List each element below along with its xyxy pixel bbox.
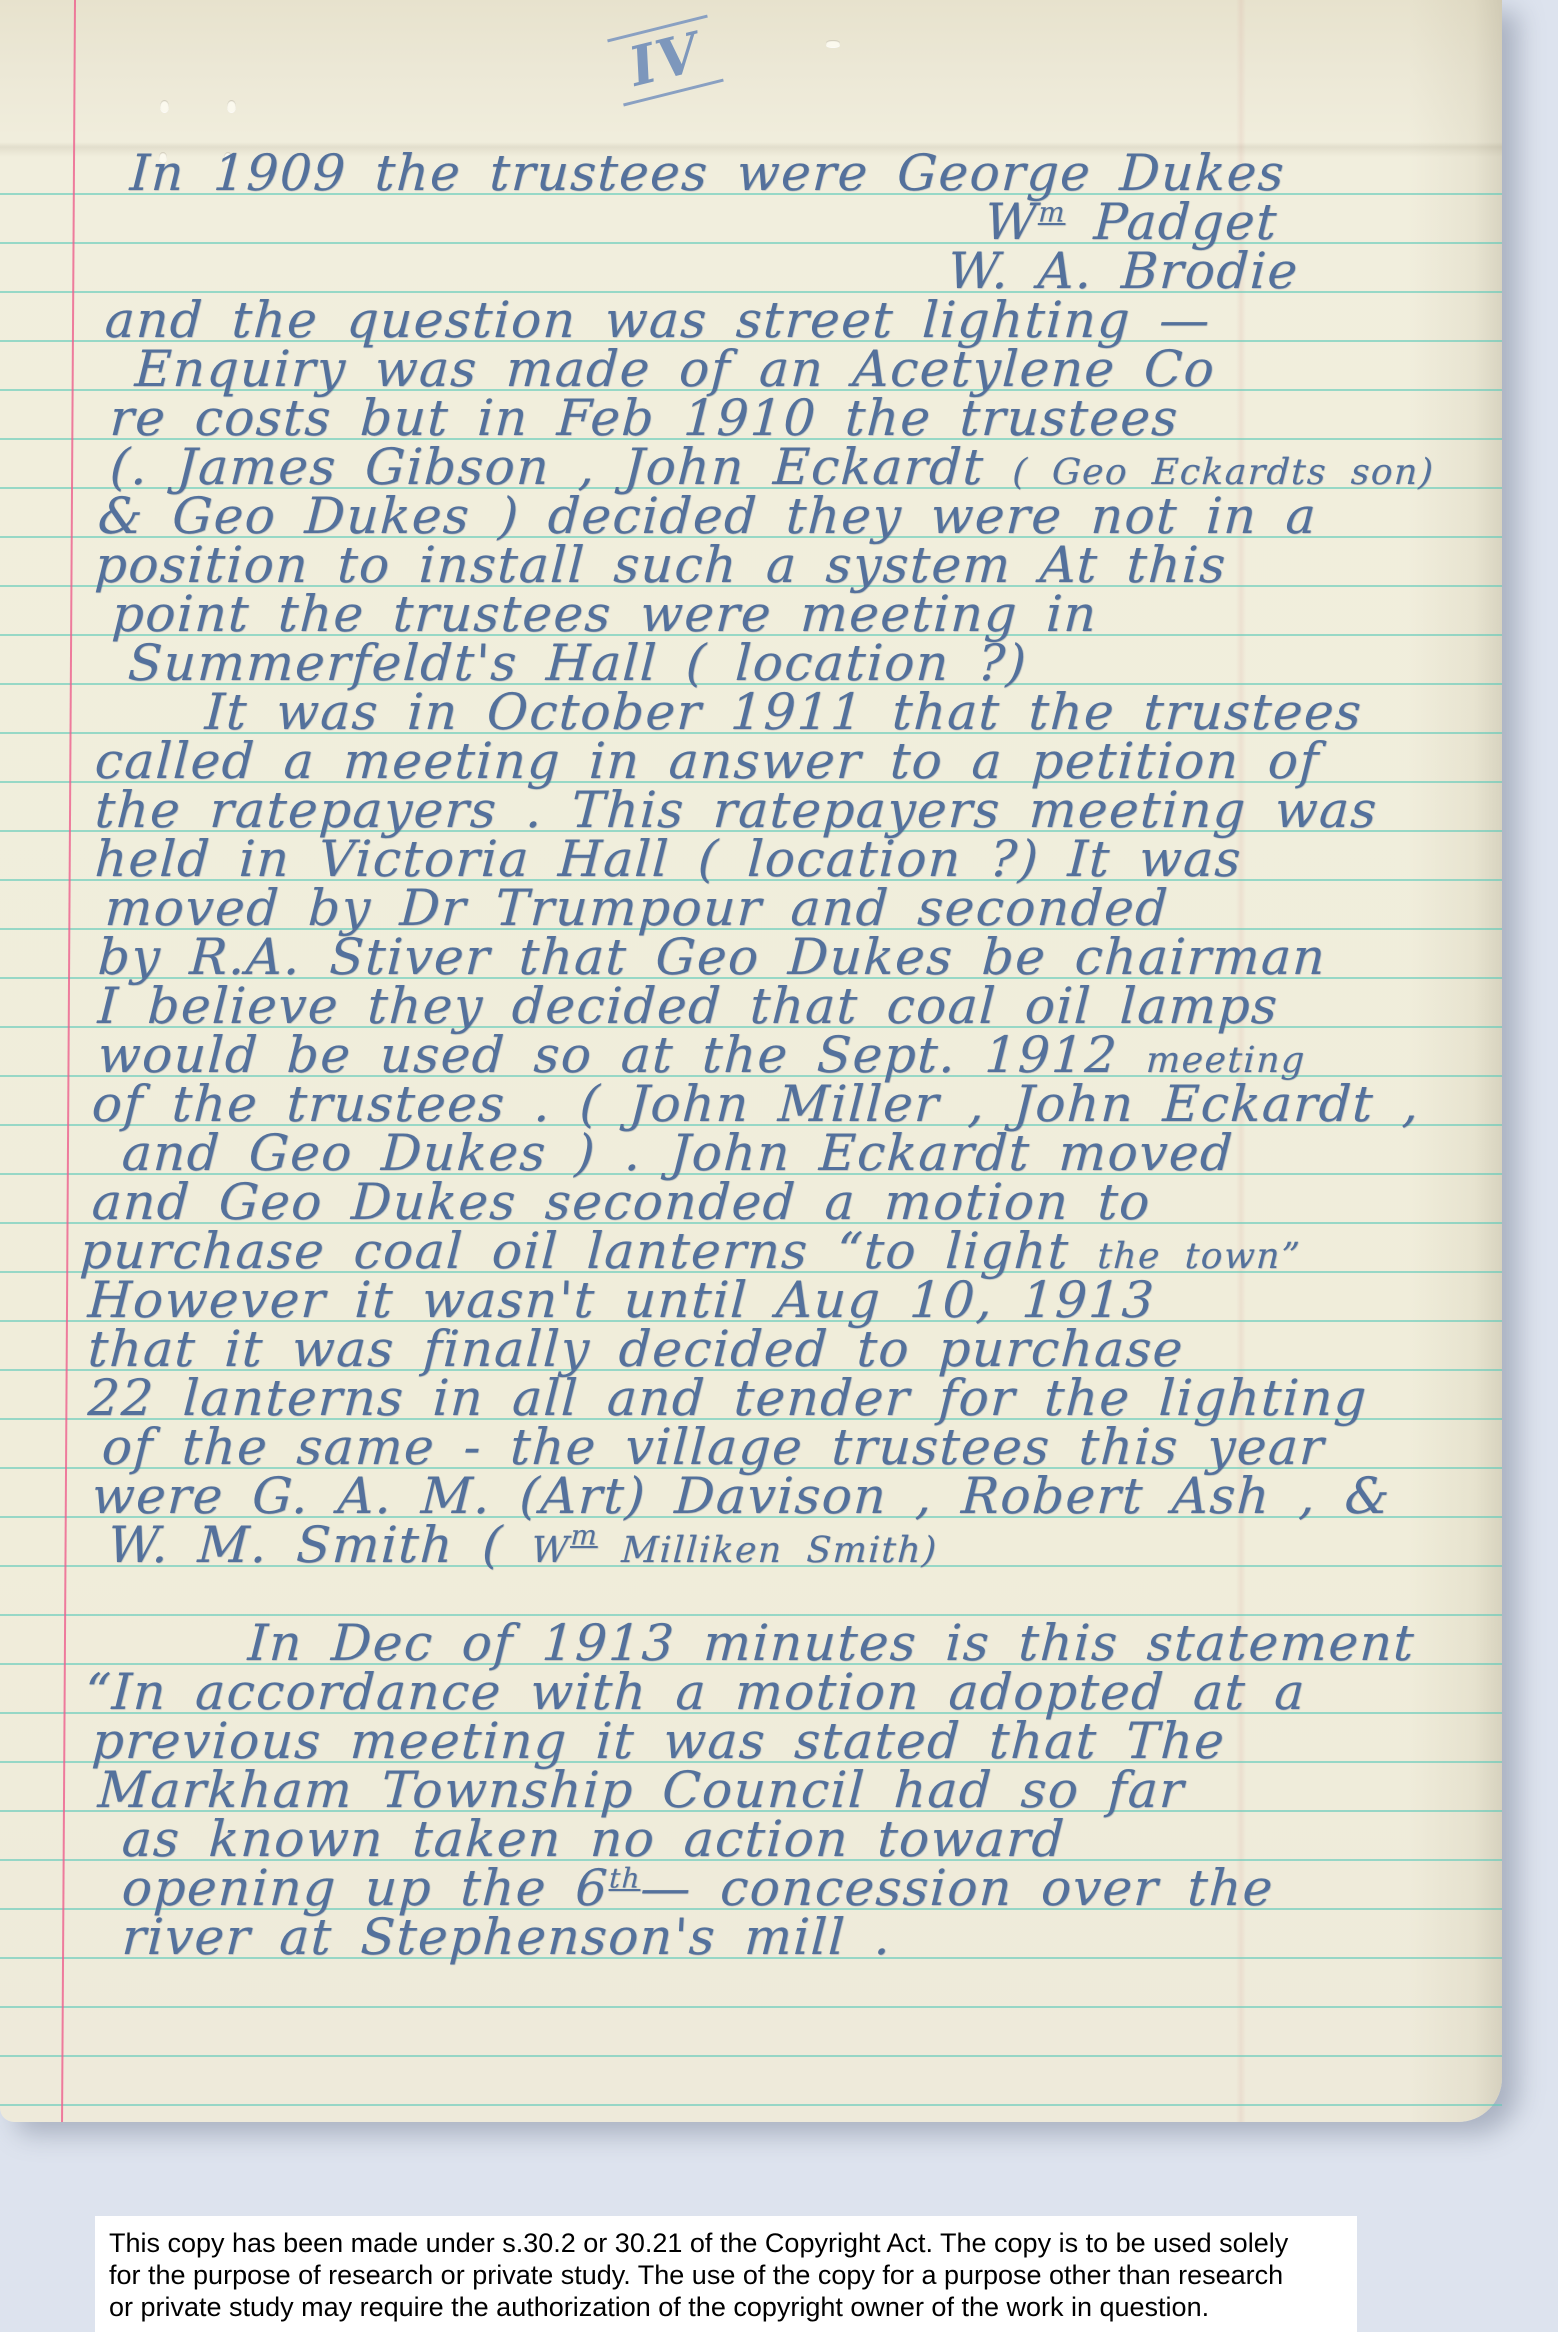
copyright-line: for the purpose of research or private s… <box>109 2259 1343 2291</box>
handwriting-line: river at Stephenson's mill . <box>121 1912 893 1962</box>
handwriting-line: of the same - the village trustees this … <box>101 1422 1326 1472</box>
handwriting-line: that it was finally decided to purchase <box>87 1324 1186 1374</box>
handwriting-line: were G. A. M. (Art) Davison , Robert Ash… <box>91 1471 1392 1521</box>
handwriting-line: would be used so at the Sept. 1912 meeti… <box>97 1030 1308 1080</box>
handwriting-line: by R.A. Stiver that Geo Dukes be chairma… <box>97 932 1328 982</box>
manuscript-text: In 1909 the trustees were George DukesWm… <box>0 0 1502 2122</box>
handwriting-line: previous meeting it was stated that The <box>91 1716 1227 1766</box>
handwriting-line: of the trustees . ( John Miller , John E… <box>91 1079 1421 1129</box>
handwriting-line: point the trustees were meeting in <box>111 589 1099 639</box>
copyright-notice: This copy has been made under s.30.2 or … <box>95 2216 1357 2332</box>
handwriting-line: 22 lanterns in all and tender for the li… <box>87 1373 1369 1423</box>
handwriting-segment: Milliken Smith) <box>596 1530 938 1571</box>
copyright-line: or private study may require the authori… <box>109 2291 1343 2323</box>
handwriting-line: position to install such a system At thi… <box>94 540 1228 590</box>
handwriting-line: called a meeting in answer to a petition… <box>94 736 1321 786</box>
handwriting-line: & Geo Dukes ) decided they were not in a <box>97 491 1319 541</box>
handwriting-line: re costs but in Feb 1910 the trustees <box>109 393 1180 443</box>
handwriting-line: purchase coal oil lanterns “to light the… <box>79 1226 1303 1276</box>
handwriting-line: held in Victoria Hall ( location ?) It w… <box>94 834 1243 884</box>
notebook-paper: IV In 1909 the trustees were George Duke… <box>0 0 1502 2122</box>
handwriting-segment: m <box>1038 196 1067 228</box>
handwriting-line: (. James Gibson , John Eckardt ( Geo Eck… <box>109 442 1436 492</box>
handwriting-line: Wm Padget <box>984 197 1279 247</box>
handwriting-line: Enquiry was made of an Acetylene Co <box>134 344 1217 394</box>
handwriting-line: W. A. Brodie <box>947 246 1300 296</box>
handwriting-line: Summerfeldt's Hall ( location ?) <box>127 638 1029 688</box>
handwriting-segment: m <box>570 1519 599 1551</box>
handwriting-line: In Dec of 1913 minutes is this statement <box>247 1618 1417 1668</box>
handwriting-line: moved by Dr Trumpour and seconded <box>104 883 1170 933</box>
handwriting-line: and the question was street lighting — <box>104 295 1212 345</box>
handwriting-line: as known taken no action toward <box>121 1814 1067 1864</box>
handwriting-segment: W. M. Smith ( <box>106 1516 533 1574</box>
handwriting-line: However it wasn't until Aug 10, 1913 <box>87 1275 1157 1325</box>
handwriting-line: “In accordance with a motion adopted at … <box>84 1667 1307 1717</box>
handwriting-line: It was in October 1911 that the trustees <box>204 687 1364 737</box>
handwriting-line: W. M. Smith ( Wm Milliken Smith) <box>107 1520 940 1570</box>
handwriting-line: opening up the 6th— concession over the <box>121 1863 1275 1913</box>
scanned-page: IV In 1909 the trustees were George Duke… <box>0 0 1558 2332</box>
copyright-line: This copy has been made under s.30.2 or … <box>109 2227 1343 2259</box>
handwriting-line: I believe they decided that coal oil lam… <box>97 981 1280 1031</box>
handwriting-line: Markham Township Council had so far <box>97 1765 1186 1815</box>
handwriting-line: and Geo Dukes seconded a motion to <box>91 1177 1153 1227</box>
handwriting-segment: river at Stephenson's mill . <box>120 1908 893 1966</box>
handwriting-segment: W <box>530 1530 571 1571</box>
handwriting-segment: th <box>608 1862 641 1894</box>
handwriting-line: the ratepayers . This ratepayers meeting… <box>94 785 1379 835</box>
handwriting-line: and Geo Dukes ) . John Eckardt moved <box>121 1128 1235 1178</box>
handwriting-line: In 1909 the trustees were George Dukes <box>129 148 1287 198</box>
